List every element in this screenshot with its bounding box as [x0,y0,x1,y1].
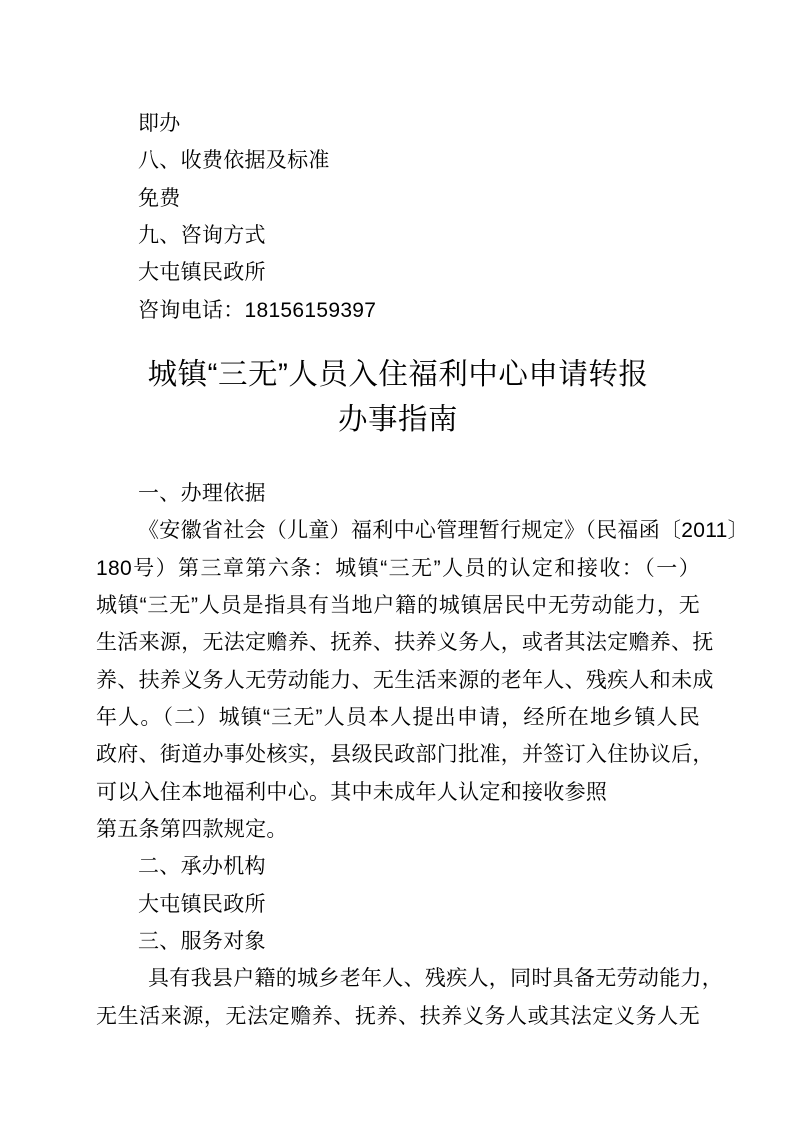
document-title: 城镇“三无”人员入住福利中心申请转报 办事指南 [96,352,700,442]
paragraph-line: 《安徽省社会（儿童）福利中心管理暂行规定》（民福函〔2011〕 [96,512,700,549]
paragraph-line: 无生活来源，无法定赡养、抚养、扶养义务人或其法定义务人无 [96,998,700,1035]
section-heading-basis: 一、办理依据 [96,475,700,512]
paragraph-line: 第五条第四款规定。 [96,811,700,848]
paragraph-line: 政府、街道办事处核实，县级民政部门批准，并签订入住协议后， [96,736,700,773]
status-line: 即办 [96,105,700,142]
paragraph-line: 180号）第三章第六条：城镇“三无”人员的认定和接收：（一） [96,550,700,587]
paragraph-line: 养、扶养义务人无劳动能力、无生活来源的老年人、残疾人和未成 [96,662,700,699]
section-heading-agency: 二、承办机构 [96,848,700,885]
document-content: 即办 八、收费依据及标准 免费 九、咨询方式 大屯镇民政所 咨询电话：18156… [0,0,760,1035]
section-heading-service-targets: 三、服务对象 [96,923,700,960]
section-heading-fee-basis: 八、收费依据及标准 [96,142,700,179]
title-line-1: 城镇“三无”人员入住福利中心申请转报 [96,352,700,397]
phone-number-line: 咨询电话：18156159397 [96,292,700,329]
document-page: 即办 八、收费依据及标准 免费 九、咨询方式 大屯镇民政所 咨询电话：18156… [0,0,793,1122]
paragraph-line: 具有我县户籍的城乡老年人、残疾人，同时具备无劳动能力， [96,960,700,997]
section-heading-consultation: 九、咨询方式 [96,217,700,254]
pre-title-section: 即办 八、收费依据及标准 免费 九、咨询方式 大屯镇民政所 咨询电话：18156… [96,105,700,329]
title-line-2: 办事指南 [96,397,700,442]
paragraph-line: 年人。（二）城镇“三无”人员本人提出申请，经所在地乡镇人民 [96,699,700,736]
paragraph-line: 城镇“三无”人员是指具有当地户籍的城镇居民中无劳动能力，无 [96,587,700,624]
agency-name-line: 大屯镇民政所 [96,254,700,291]
body-section: 一、办理依据 《安徽省社会（儿童）福利中心管理暂行规定》（民福函〔2011〕 1… [96,475,700,1035]
agency-name-line: 大屯镇民政所 [96,886,700,923]
paragraph-line: 生活来源，无法定赡养、抚养、扶养义务人，或者其法定赡养、抚 [96,624,700,661]
paragraph-line: 可以入住本地福利中心。其中未成年人认定和接收参照 [96,774,700,811]
fee-value-line: 免费 [96,180,700,217]
